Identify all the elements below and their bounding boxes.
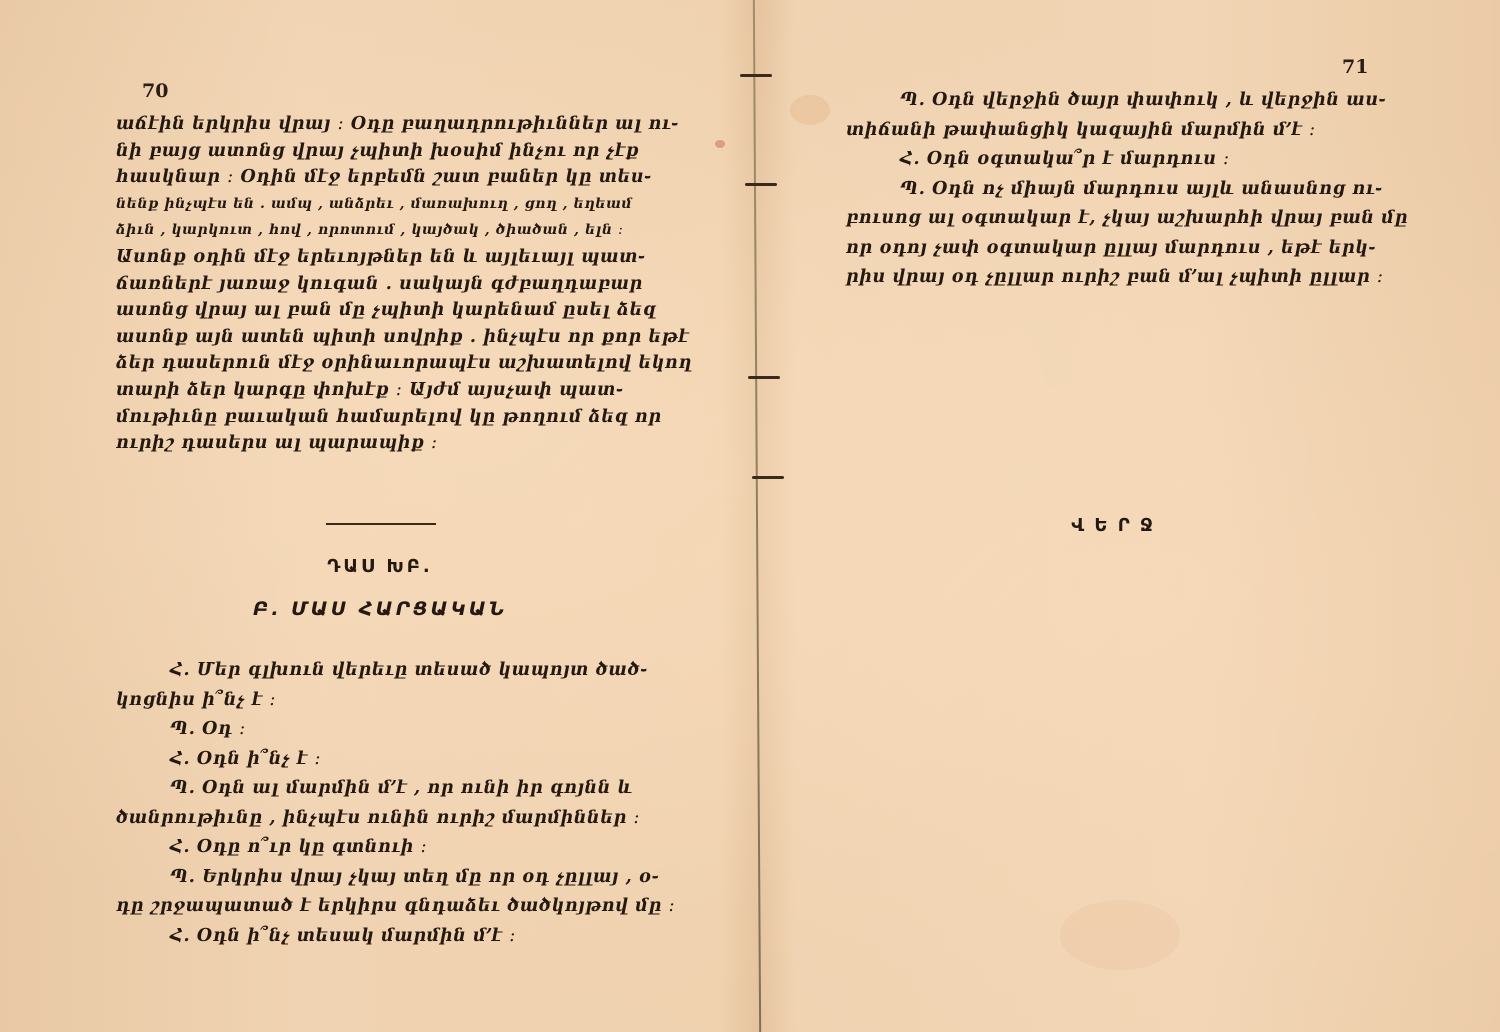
continuation-paragraph: աճէին երկրիս վրայ ։ Օդը բաղադրութիւններ … — [116, 111, 692, 457]
question-line: Հ. Մեր գլխուն վերեւը տեսած կապոյտ ծած֊ — [116, 656, 675, 686]
text-line: ճառներէ յառաջ կուգան . սակայն գժբաղդաբար — [116, 271, 692, 298]
text-line: մութիւնը բաւական համարելով կը թողում ձեզ… — [116, 404, 692, 431]
answer-line: տիճանի թափանցիկ կազային մարմին մ՚է ։ — [846, 116, 1408, 146]
page-number: 70 — [142, 80, 168, 102]
question-line: Հ. Օդն օգտակա՞ր է մարդուս ։ — [846, 145, 1408, 175]
answer-line: որ օդոյ չափ օգտակար ըլլայ մարդուս , եթէ … — [846, 234, 1408, 264]
end-mark: Վ Ե Ր Ջ — [1053, 515, 1173, 536]
text-line: նի բայց ատոնց վրայ չպիտի խօսիմ ինչու որ … — [116, 138, 692, 165]
answer-line: Պ. Օդն ոչ միայն մարդուս այլև անասնոց ու֊ — [846, 175, 1408, 205]
question-line: Հ. Օդն ի՞նչ է ։ — [116, 745, 675, 775]
answer-line: Պ. Երկրիս վրայ չկայ տեղ մը որ օդ չըլլայ … — [116, 863, 675, 893]
text-line: աճէին երկրիս վրայ ։ Օդը բաղադրութիւններ … — [116, 111, 692, 138]
answer-line: Պ. Օդ ։ — [116, 715, 675, 745]
answer-line: ծանրութիւնը , ինչպէս ունին ուրիշ մարմինն… — [116, 804, 675, 834]
lesson-heading: ԴԱՍ ԽԲ. — [280, 556, 480, 577]
text-line: ասոնց վրայ ալ բան մը չպիտի կարենամ ըսել … — [116, 297, 692, 324]
question-line: կոցնիս ի՞նչ է ։ — [116, 686, 675, 716]
left-page: 70 աճէին երկրիս վրայ ։ Օդը բաղադրութիւնն… — [0, 0, 756, 1032]
text-line: ասոնք այն ատեն պիտի սովրիք . ինչպէս որ ք… — [116, 324, 692, 351]
section-divider — [326, 523, 436, 525]
text-line: նենք ինչպէս են . ամպ , անձրեւ , մառախուղ… — [116, 191, 692, 218]
text-line: հասկնար ։ Օդին մէջ երբեմն շատ բաներ կը տ… — [116, 164, 692, 191]
qa-block: Հ. Մեր գլխուն վերեւը տեսած կապոյտ ծած֊ կ… — [116, 656, 675, 951]
qa-block: Պ. Օդն վերջին ծայր փափուկ , և վերջին աս֊… — [846, 86, 1408, 293]
text-line: ձիւն , կարկուտ , հով , որոտում , կայծակ … — [116, 217, 692, 244]
page-number: 71 — [1342, 56, 1368, 78]
right-page: 71 Պ. Օդն վերջին ծայր փափուկ , և վերջին … — [758, 0, 1500, 1032]
book-spread: 70 աճէին երկրիս վրայ ։ Օդը բաղադրութիւնն… — [0, 0, 1500, 1032]
question-line: Հ. Օդն ի՞նչ տեսակ մարմին մ՚է ։ — [116, 922, 675, 952]
answer-line: Պ. Օդն ալ մարմին մ՚է , որ ունի իր գոյնն … — [116, 774, 675, 804]
section-heading: Բ. ՄԱՍ ՀԱՐՑԱԿԱՆ — [230, 598, 530, 620]
answer-line: րիս վրայ օդ չըլլար ուրիշ բան մ՚ալ չպիտի … — [846, 263, 1408, 293]
answer-line: դը շրջապատած է երկիրս գնդաձեւ ծածկոյթով … — [116, 892, 675, 922]
text-line: Ասոնք օդին մէջ երեւոյթներ են և այլեւայլ … — [116, 244, 692, 271]
text-line: տարի ձեր կարգը փոխէք ։ Այժմ այսչափ պատ֊ — [116, 377, 692, 404]
answer-line: բուսոց ալ օգտակար է, չկայ աշխարհի վրայ բ… — [846, 204, 1408, 234]
question-line: Հ. Օդը ո՞ւր կը գտնուի ։ — [116, 833, 675, 863]
text-line: ձեր դասերուն մէջ օրինաւորապէս աշխատելով … — [116, 350, 692, 377]
answer-line: Պ. Օդն վերջին ծայր փափուկ , և վերջին աս֊ — [846, 86, 1408, 116]
text-line: ուրիշ դասերս ալ պարապիք ։ — [116, 430, 692, 457]
